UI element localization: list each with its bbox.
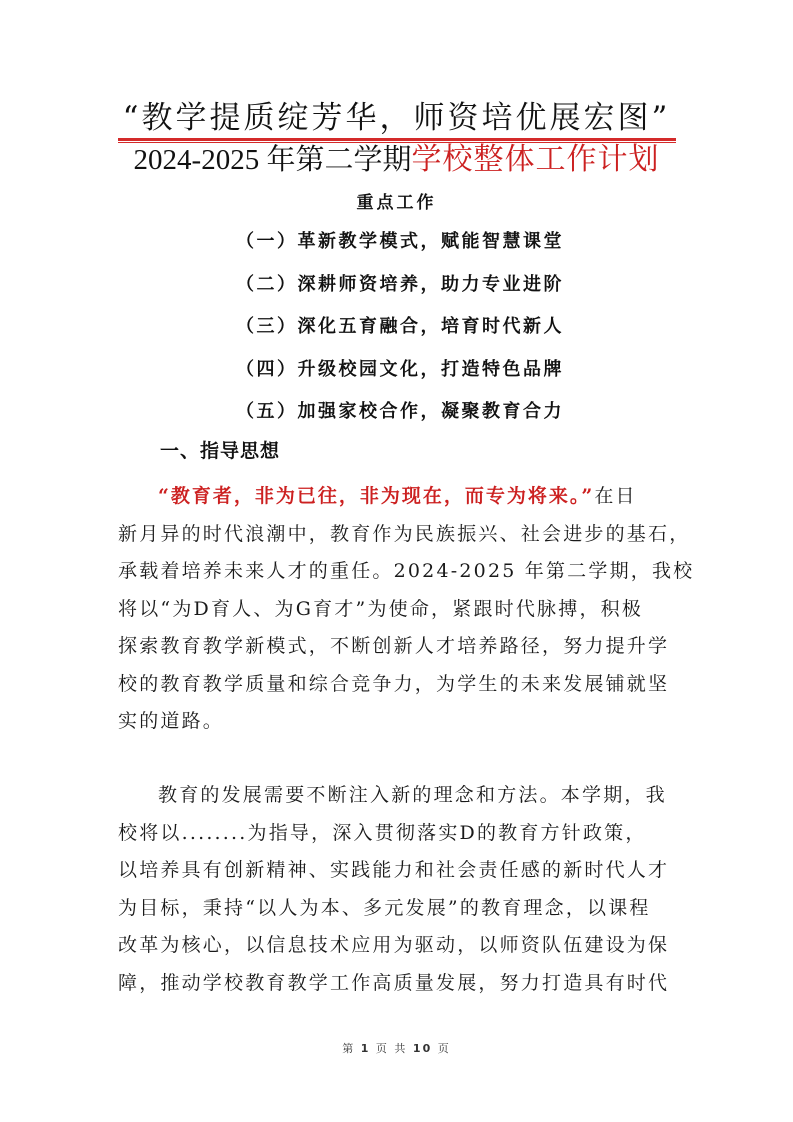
key-work-list: （一）革新教学模式，赋能智慧课堂 （二）深耕师资培养，助力专业进阶 （三）深化五… [236,227,564,440]
document-slogan-title: “教学提质绽芳华，师资培优展宏图” [0,92,793,137]
paragraph-line: 承载着培养未来人才的重任。2024-2025 年第二学期，我校 [118,553,678,591]
paragraph-line: 校的教育教学质量和综合竞争力，为学生的未来发展铺就坚 [118,666,678,704]
paragraph-line-text: 在日 [594,485,636,507]
paragraph-line: 改革为核心，以信息技术应用为驱动，以师资队伍建设为保 [118,927,678,965]
title-plan-name: 学校整体工作计划 [411,142,659,177]
paragraph-line: 实的道路。 [118,703,678,741]
key-work-item: （五）加强家校合作，凝聚教育合力 [236,397,564,440]
footer-total-pages: 10 [413,1042,432,1055]
paragraph-line: 将以“为D育人、为G育才”为使命，紧跟时代脉搏，积极 [118,591,678,629]
footer-prefix: 第 [342,1042,355,1055]
key-work-item: （四）升级校园文化，打造特色品牌 [236,355,564,398]
paragraph-line: 探索教育教学新模式，不断创新人才培养路径，努力提升学 [118,628,678,666]
paragraph-line: 以培养具有创新精神、实践能力和社会责任感的新时代人才 [118,852,678,890]
title-year-term: 2024-2025 年第二学期 [134,144,412,176]
paragraph-line: 为目标，秉持“以人为本、多元发展”的教育理念，以课程 [118,890,678,928]
section-heading-guiding-ideology: 一、指导思想 [160,436,280,463]
paragraph-guiding-ideology-2: 教育的发展需要不断注入新的理念和方法。本学期，我 校将以........为指导，… [118,777,678,1002]
document-main-title: 2024-2025 年第二学期学校整体工作计划 [0,140,793,184]
paragraph-line: 校将以........为指导，深入贯彻落实D的教育方针政策， [118,815,678,853]
footer-current-page: 1 [361,1042,371,1055]
key-work-item: （二）深耕师资培养，助力专业进阶 [236,270,564,313]
key-work-item: （一）革新教学模式，赋能智慧课堂 [236,227,564,270]
key-work-item: （三）深化五育融合，培育时代新人 [236,312,564,355]
paragraph-guiding-ideology-1: “教育者，非为已往，非为现在，而专为将来。”在日 新月异的时代浪潮中，教育作为民… [118,478,678,741]
red-quote: “教育者，非为已往，非为现在，而专为将来。” [158,485,594,507]
paragraph-line: “教育者，非为已往，非为现在，而专为将来。”在日 [118,478,678,516]
paragraph-line: 教育的发展需要不断注入新的理念和方法。本学期，我 [118,777,678,815]
footer-middle: 页 共 [376,1042,408,1055]
footer-suffix: 页 [438,1042,451,1055]
key-work-heading: 重点工作 [0,188,793,213]
document-page: “教学提质绽芳华，师资培优展宏图” 2024-2025 年第二学期学校整体工作计… [0,0,793,1122]
paragraph-line: 障，推动学校教育教学工作高质量发展，努力打造具有时代 [118,965,678,1003]
paragraph-line: 新月异的时代浪潮中，教育作为民族振兴、社会进步的基石， [118,516,678,554]
page-footer-page-number: 第 1 页 共 10 页 [0,1040,793,1056]
